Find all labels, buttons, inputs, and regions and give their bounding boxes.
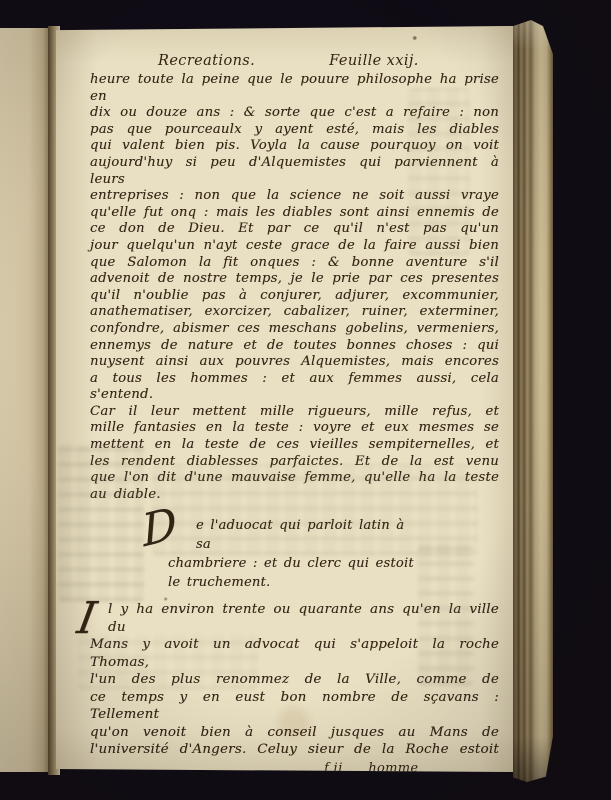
section-heading: D e l'aduocat qui parloit latin à sacham… (168, 516, 416, 592)
manuscript-text-line: qu'il n'oublie pas à conjurer, adjurer, … (90, 288, 499, 305)
manuscript-text-line: entreprises : non que la science ne soit… (90, 188, 499, 205)
manuscript-text-line: heure toute la peine que le pouure philo… (90, 72, 499, 105)
manuscript-text-line: anathematiser, exorcizer, cabalizer, rui… (90, 304, 499, 321)
signature-mark: f ij (324, 760, 342, 778)
manuscript-text-line: dix ou douze ans : & sorte que c'est a r… (90, 105, 499, 122)
paragraph-advocat-lines: l y ha environ trente ou quarante ans qu… (90, 601, 499, 759)
manuscript-text-line: au diable. (90, 487, 499, 504)
section-heading-lines: e l'aduocat qui parloit latin à sachambr… (168, 516, 416, 592)
manuscript-text-line: jour quelqu'un n'ayt ceste grace de la f… (90, 238, 499, 255)
manuscript-text-line: nuysent ainsi aux pouvres Alquemistes, m… (90, 354, 499, 371)
page-edge-stack (513, 20, 553, 782)
drop-cap-d: D (140, 502, 179, 555)
catchword: homme (368, 760, 418, 778)
paragraph-advocat: I l y ha environ trente ou quarante ans … (90, 601, 499, 759)
facing-page-sliver (0, 28, 52, 772)
manuscript-text-line: mille fantasies en la teste : voyre et e… (90, 420, 499, 437)
manuscript-page: Recreations. Feuille xxij. heure toute l… (56, 26, 513, 775)
running-title: Recreations. (158, 50, 255, 72)
manuscript-text-line: mettent en la teste de ces vieilles semp… (90, 437, 499, 454)
manuscript-text-line: l'un des plus renommez de la Ville, comm… (90, 671, 499, 689)
paragraph-alchemists: heure toute la peine que le pouure philo… (90, 72, 499, 503)
manuscript-text-line: aujourd'huy si peu d'Alquemistes qui par… (90, 155, 499, 188)
manuscript-text-line: qui valent bien pis. Voyla la cause pour… (90, 138, 499, 155)
book-photo: Recreations. Feuille xxij. heure toute l… (0, 0, 611, 800)
heading-line: e l'aduocat qui parloit latin à sa (168, 516, 416, 554)
manuscript-text-line: advenoit de nostre temps, je le prie par… (90, 271, 499, 288)
manuscript-text-line: que l'on dit d'une mauvaise femme, qu'el… (90, 470, 499, 487)
manuscript-text-line: Mans y avoit un advocat qui s'appeloit l… (90, 636, 499, 671)
heading-line: le truchement. (168, 573, 416, 592)
page-footer: f ij homme (90, 760, 499, 778)
manuscript-text-line: ce don de Dieu. Et par ce qu'il n'est pa… (90, 221, 499, 238)
manuscript-text-line: que Salomon la fit onques : & bonne aven… (90, 255, 499, 272)
manuscript-text-line: a tous les hommes : et aux femmes aussi,… (90, 371, 499, 404)
manuscript-text-line: ennemys de nature et de toutes bonnes ch… (90, 338, 499, 355)
manuscript-text-line: qu'elle fut onq : mais les diables sont … (90, 205, 499, 222)
page-header: Recreations. Feuille xxij. (90, 50, 499, 72)
folio-number: Feuille xxij. (329, 50, 419, 72)
manuscript-text-line: pas que pourceaulx y ayent esté, mais le… (90, 122, 499, 139)
manuscript-text-line: confondre, abismer ces meschans gobelins… (90, 321, 499, 338)
manuscript-text-line: l'université d'Angers. Celuy sieur de la… (90, 741, 499, 759)
manuscript-text-line: Car il leur mettent mille rigueurs, mill… (90, 404, 499, 421)
manuscript-text-line: l y ha environ trente ou quarante ans qu… (90, 601, 499, 636)
heading-line: chambriere : et du clerc qui estoit (168, 554, 416, 573)
manuscript-text-line: les rendent diablesses parfaictes. Et de… (90, 454, 499, 471)
manuscript-text-line: qu'on venoit bien à conseil jusques au M… (90, 724, 499, 742)
manuscript-text-line: ce temps y en eust bon nombre de sçavans… (90, 689, 499, 724)
